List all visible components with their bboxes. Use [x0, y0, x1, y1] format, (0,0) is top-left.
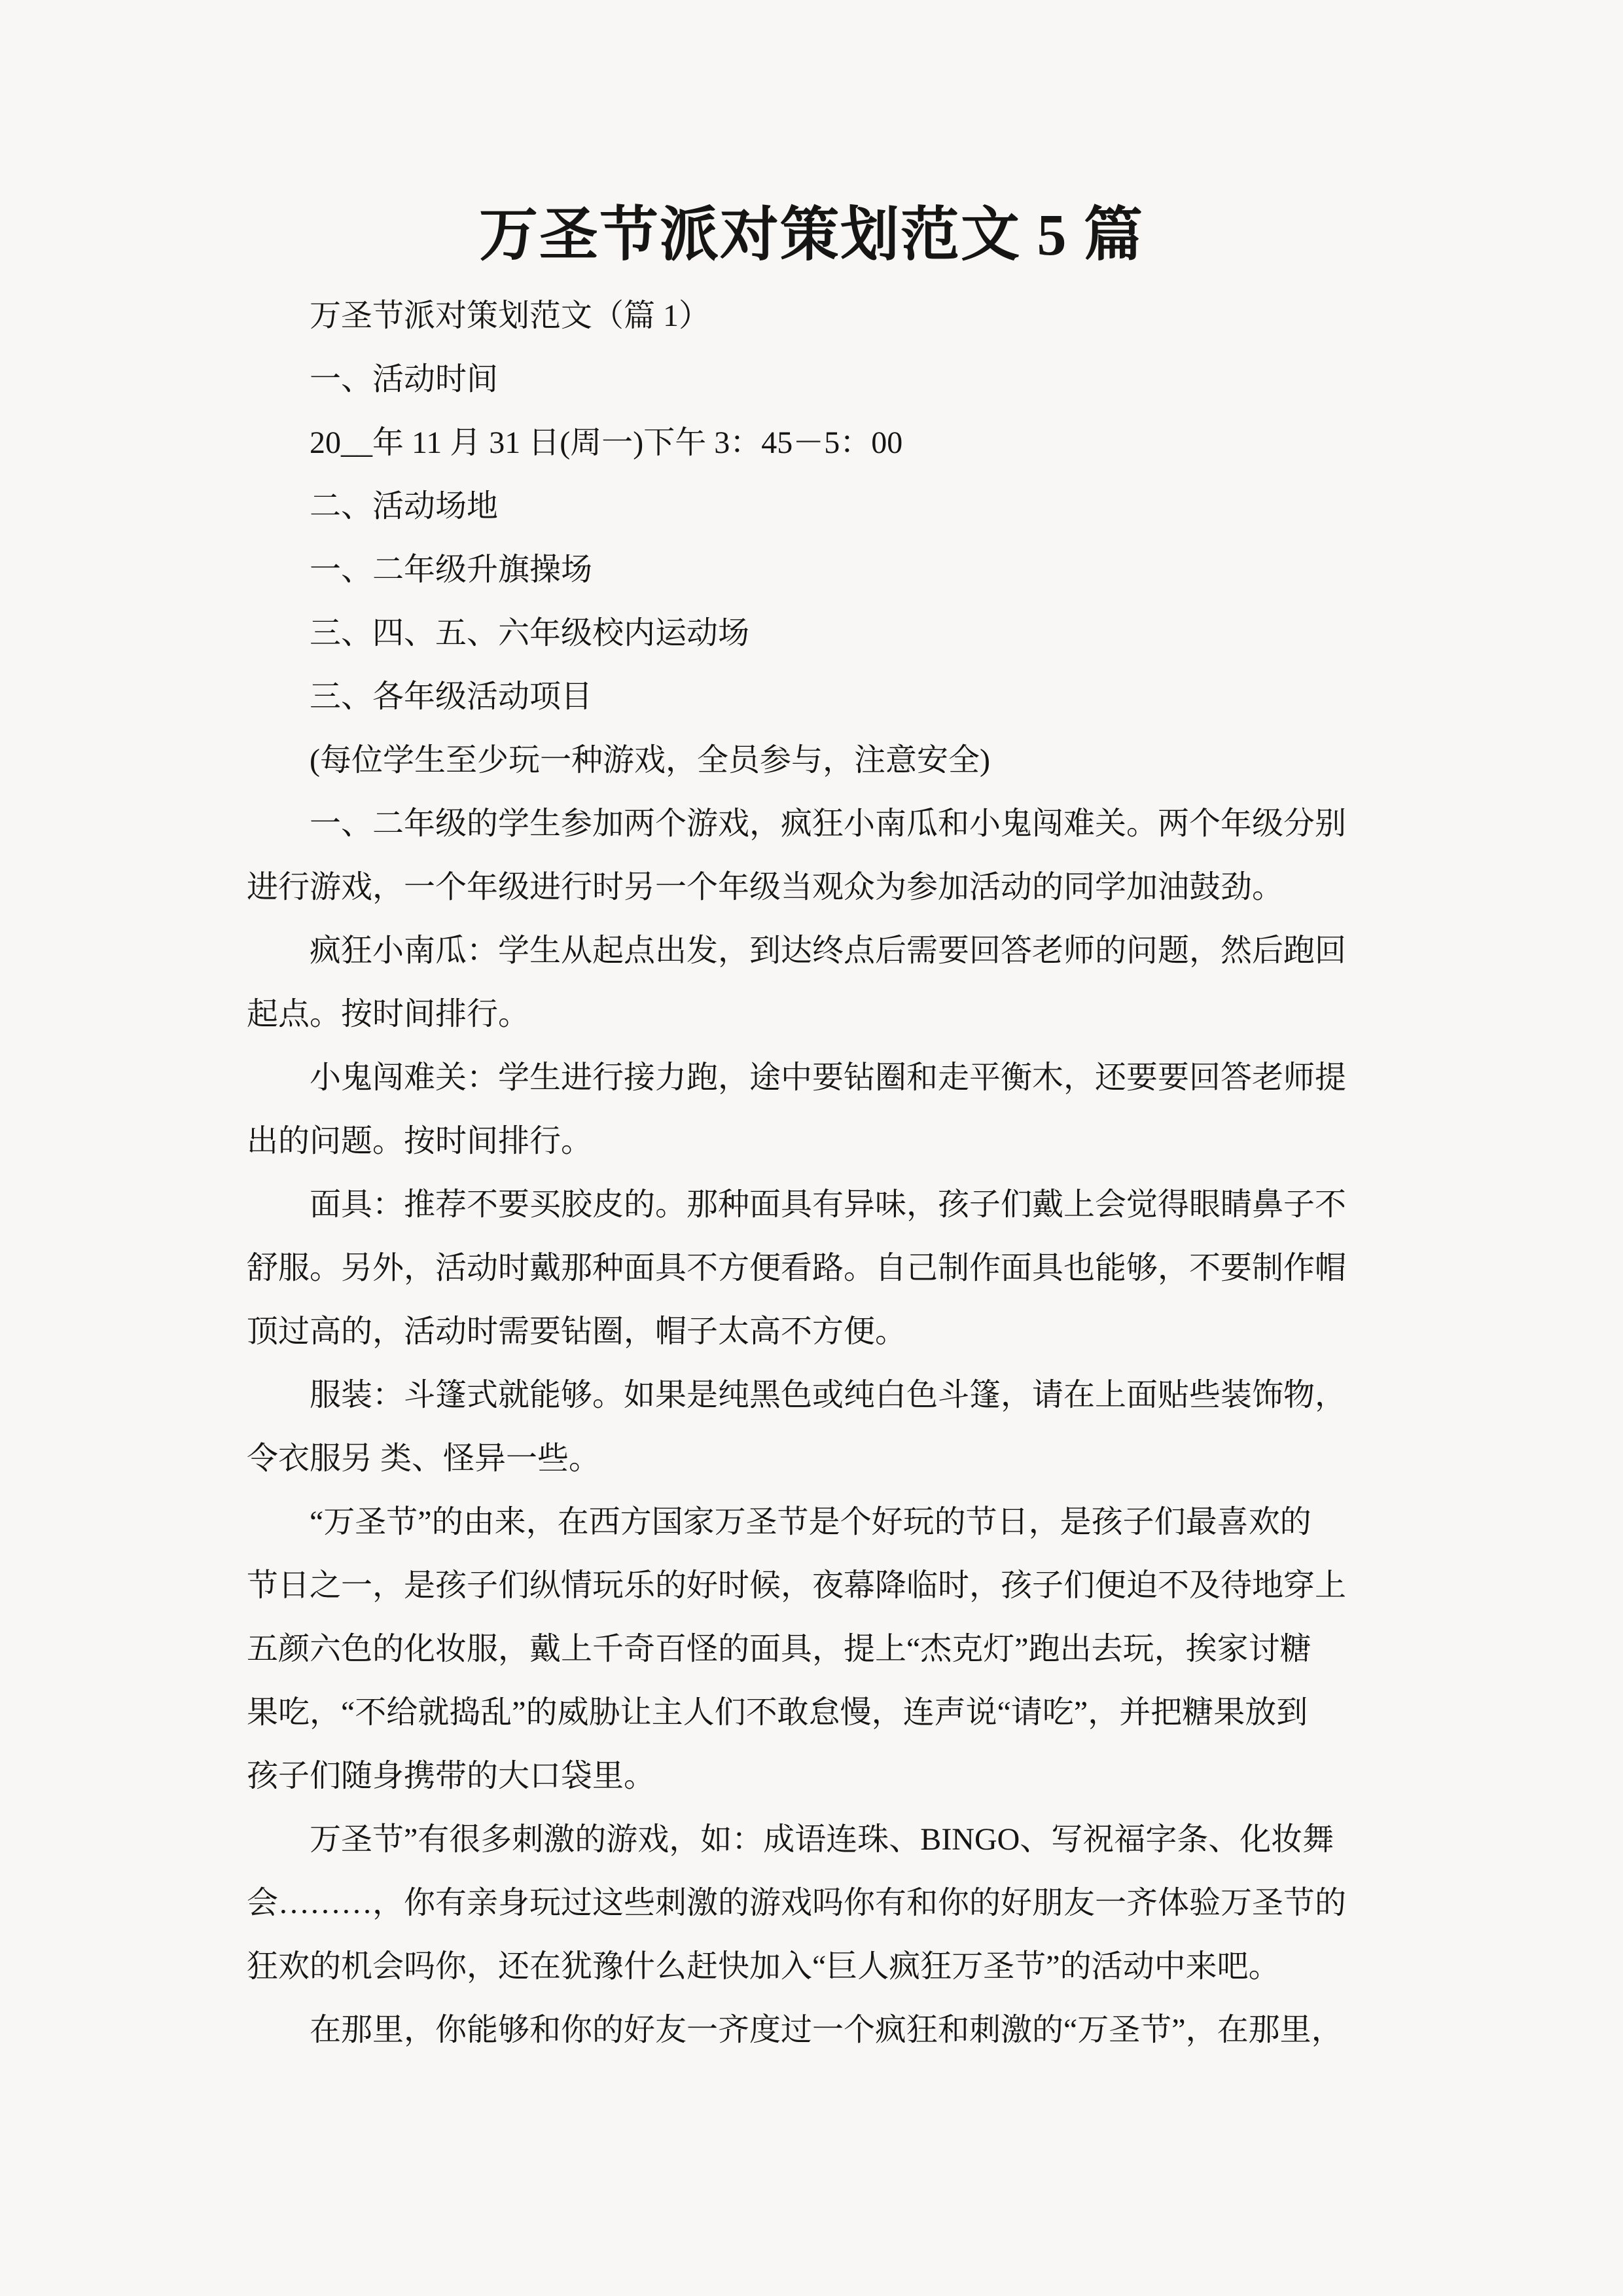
text-line: 三、四、五、六年级校内运动场	[247, 601, 1382, 665]
text-line: 果吃，“不给就捣乱”的威胁让主人们不敢怠慢，连声说“请吃”，并把糖果放到	[247, 1681, 1382, 1744]
text-line: 在那里，你能够和你的好友一齐度过一个疯狂和刺激的“万圣节”，在那里，	[247, 1998, 1382, 2062]
text-line: 令衣服另 类、怪异一些。	[247, 1427, 1382, 1490]
text-line: 万圣节派对策划范文（篇 1）	[247, 284, 1382, 348]
text-line: 一、活动时间	[247, 348, 1382, 411]
text-line: 起点。按时间排行。	[247, 982, 1382, 1046]
document-page: 万圣节派对策划范文 5 篇 万圣节派对策划范文（篇 1）一、活动时间20__年 …	[0, 0, 1623, 2296]
text-line: 万圣节”有很多刺激的游戏，如：成语连珠、BINGO、写祝福字条、化妆舞	[247, 1808, 1382, 1871]
text-line: 进行游戏，一个年级进行时另一个年级当观众为参加活动的同学加油鼓劲。	[247, 855, 1382, 919]
text-line: 舒服。另外，活动时戴那种面具不方便看路。自己制作面具也能够，不要制作帽	[247, 1236, 1382, 1300]
text-line: 出的问题。按时间排行。	[247, 1109, 1382, 1173]
text-line: 面具：推荐不要买胶皮的。那种面具有异味，孩子们戴上会觉得眼睛鼻子不	[247, 1173, 1382, 1236]
text-line: 三、各年级活动项目	[247, 665, 1382, 728]
text-line: “万圣节”的由来，在西方国家万圣节是个好玩的节日，是孩子们最喜欢的	[247, 1490, 1382, 1554]
text-line: 狂欢的机会吗你，还在犹豫什么赶快加入“巨人疯狂万圣节”的活动中来吧。	[247, 1935, 1382, 1998]
text-line: 小鬼闯难关：学生进行接力跑，途中要钻圈和走平衡木，还要要回答老师提	[247, 1046, 1382, 1109]
text-line: 一、二年级升旗操场	[247, 538, 1382, 601]
text-line: (每位学生至少玩一种游戏，全员参与，注意安全)	[247, 728, 1382, 792]
text-line: 孩子们随身携带的大口袋里。	[247, 1744, 1382, 1808]
text-line: 20__年 11 月 31 日(周一)下午 3：45－5：00	[247, 411, 1382, 475]
document-body: 万圣节派对策划范文（篇 1）一、活动时间20__年 11 月 31 日(周一)下…	[247, 284, 1382, 2062]
text-line: 会………，你有亲身玩过这些刺激的游戏吗你有和你的好朋友一齐体验万圣节的	[247, 1871, 1382, 1935]
text-line: 服装：斗篷式就能够。如果是纯黑色或纯白色斗篷，请在上面贴些装饰物，	[247, 1363, 1382, 1427]
text-line: 顶过高的，活动时需要钻圈，帽子太高不方便。	[247, 1300, 1382, 1363]
text-line: 五颜六色的化妆服，戴上千奇百怪的面具，提上“杰克灯”跑出去玩，挨家讨糖	[247, 1617, 1382, 1681]
text-line: 节日之一，是孩子们纵情玩乐的好时候，夜幕降临时，孩子们便迫不及待地穿上	[247, 1554, 1382, 1617]
text-line: 一、二年级的学生参加两个游戏，疯狂小南瓜和小鬼闯难关。两个年级分别	[247, 792, 1382, 855]
text-line: 二、活动场地	[247, 475, 1382, 538]
document-title: 万圣节派对策划范文 5 篇	[0, 0, 1623, 275]
text-line: 疯狂小南瓜：学生从起点出发，到达终点后需要回答老师的问题，然后跑回	[247, 919, 1382, 982]
